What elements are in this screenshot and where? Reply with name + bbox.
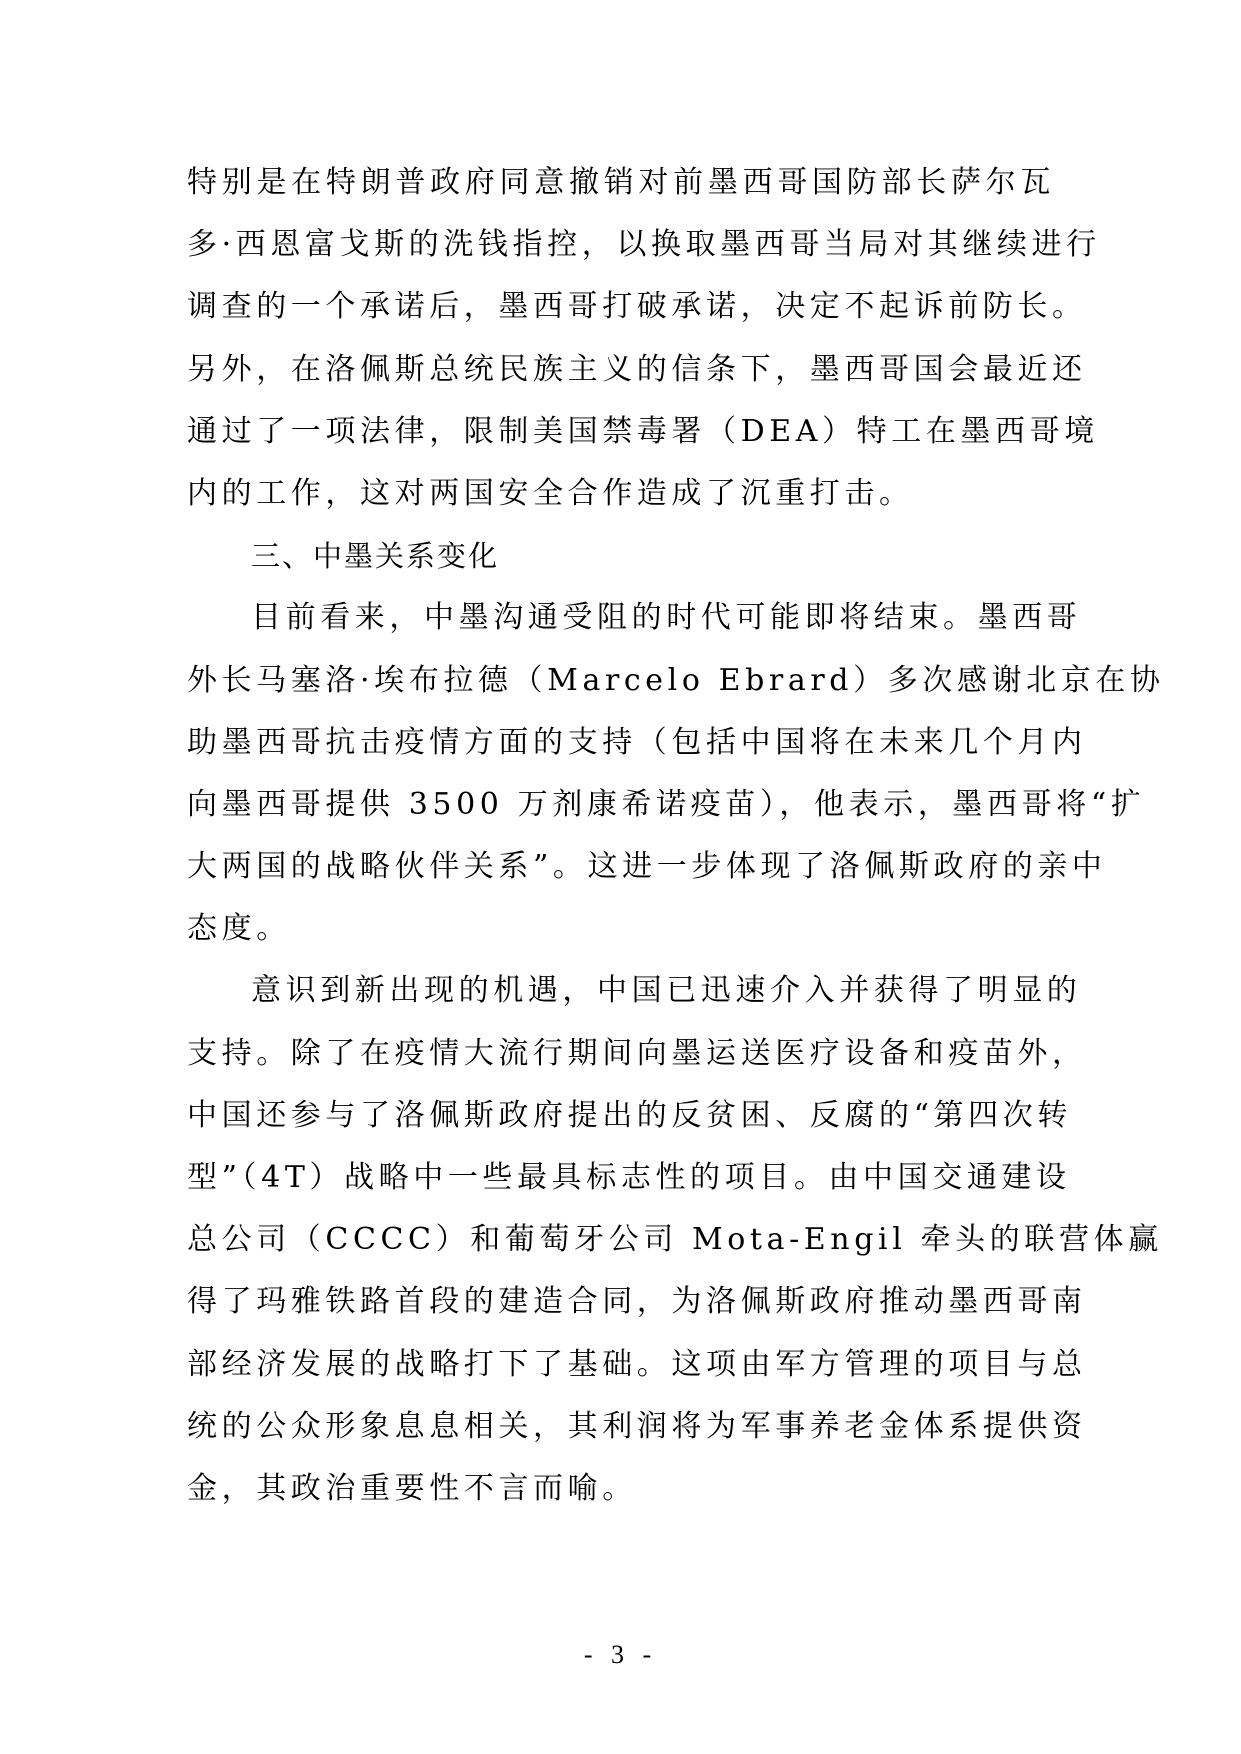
paragraph-3-line: 部经济发展的战略打下了基础。这项由军方管理的项目与总 (187, 1334, 1055, 1396)
paragraph-1-line: 通过了一项法律，限制美国禁毒署（DEA）特工在墨西哥境 (187, 401, 1055, 463)
page-number: - 3 - (0, 1640, 1241, 1670)
paragraph-3-line: 得了玛雅铁路首段的建造合同，为洛佩斯政府推动墨西哥南 (187, 1271, 1055, 1333)
paragraph-2-line: 目前看来，中墨沟通受阻的时代可能即将结束。墨西哥 (187, 587, 1055, 649)
paragraph-1-line: 另外，在洛佩斯总统民族主义的信条下，墨西哥国会最近还 (187, 339, 1055, 401)
paragraph-3-line: 意识到新出现的机遇，中国已迅速介入并获得了明显的 (187, 960, 1055, 1022)
paragraph-3-line: 型”（4T）战略中一些最具标志性的项目。由中国交通建设 (187, 1147, 1055, 1209)
paragraph-3-line: 支持。除了在疫情大流行期间向墨运送医疗设备和疫苗外， (187, 1023, 1055, 1085)
body-text: 特别是在特朗普政府同意撤销对前墨西哥国防部长萨尔瓦 多·西恩富戈斯的洗钱指控，以… (187, 152, 1055, 1520)
document-page: 特别是在特朗普政府同意撤销对前墨西哥国防部长萨尔瓦 多·西恩富戈斯的洗钱指控，以… (0, 0, 1241, 1754)
paragraph-3-line: 金，其政治重要性不言而喻。 (187, 1458, 1055, 1520)
section-heading: 三、中墨关系变化 (187, 525, 1055, 587)
paragraph-3-line: 中国还参与了洛佩斯政府提出的反贫困、反腐的“第四次转 (187, 1085, 1055, 1147)
paragraph-3-line: 总公司（CCCC）和葡萄牙公司 Mota-Engil 牵头的联营体赢 (187, 1209, 1055, 1271)
paragraph-1-line: 内的工作，这对两国安全合作造成了沉重打击。 (187, 463, 1055, 525)
paragraph-1-line: 多·西恩富戈斯的洗钱指控，以换取墨西哥当局对其继续进行 (187, 214, 1055, 276)
paragraph-1-line: 特别是在特朗普政府同意撤销对前墨西哥国防部长萨尔瓦 (187, 152, 1055, 214)
paragraph-2-line: 向墨西哥提供 3500 万剂康希诺疫苗），他表示，墨西哥将“扩 (187, 774, 1055, 836)
paragraph-2-line: 助墨西哥抗击疫情方面的支持（包括中国将在未来几个月内 (187, 712, 1055, 774)
paragraph-2-line: 态度。 (187, 898, 1055, 960)
paragraph-3-line: 统的公众形象息息相关，其利润将为军事养老金体系提供资 (187, 1396, 1055, 1458)
paragraph-2-line: 外长马塞洛·埃布拉德（Marcelo Ebrard）多次感谢北京在协 (187, 650, 1055, 712)
paragraph-2-line: 大两国的战略伙伴关系”。这进一步体现了洛佩斯政府的亲中 (187, 836, 1055, 898)
paragraph-1-line: 调查的一个承诺后，墨西哥打破承诺，决定不起诉前防长。 (187, 276, 1055, 338)
